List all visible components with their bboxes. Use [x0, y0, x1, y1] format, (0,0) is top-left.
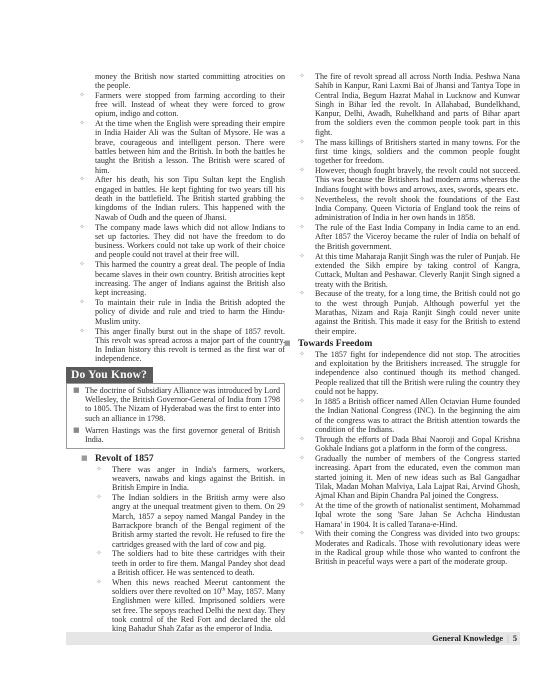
do-you-know-title: Do You Know?	[66, 367, 153, 383]
diamond-bullet-icon: ✧	[299, 529, 305, 538]
fact-text: The doctrine of Subsidiary Alliance was …	[85, 386, 280, 423]
fact-item: ■Warren Hastings was the first governor …	[71, 426, 280, 445]
list-item: ✧The rule of the East India Company in I…	[298, 223, 520, 251]
diamond-bullet-icon: ✧	[96, 578, 102, 587]
list-item-text: There was anger in India's farmers, work…	[112, 465, 285, 493]
diamond-bullet-icon: ✧	[79, 327, 85, 336]
list-item: ✧Farmers were stopped from farming accor…	[78, 91, 285, 119]
diamond-bullet-icon: ✧	[299, 72, 305, 81]
square-bullet-icon: ■	[284, 338, 291, 349]
diamond-bullet-icon: ✧	[79, 175, 85, 184]
square-bullet-icon: ■	[73, 426, 80, 435]
freedom-list: ✧The 1857 fight for independence did not…	[298, 350, 520, 567]
list-item: ✧This harmed the country a great deal. T…	[78, 260, 285, 297]
diamond-bullet-icon: ✧	[79, 119, 85, 128]
diamond-bullet-icon: ✧	[96, 549, 102, 558]
list-item-text: The Indian soldiers in the British army …	[112, 493, 285, 548]
list-item-text: The 1857 fight for independence did not …	[315, 350, 520, 396]
list-item-text: The fire of revolt spread all across Nor…	[315, 72, 520, 137]
list-item-text: To maintain their rule in India the Brit…	[95, 298, 285, 326]
list-item: ✧To maintain their rule in India the Bri…	[78, 298, 285, 326]
continuation-text: money the British now started committing…	[78, 72, 285, 91]
diamond-bullet-icon: ✧	[299, 397, 305, 406]
page-footer: General Knowledge|5	[66, 632, 520, 645]
list-item-text: Because of the treaty, for a long time, …	[315, 289, 520, 335]
fact-text: Warren Hastings was the first governor g…	[85, 426, 280, 444]
diamond-bullet-icon: ✧	[79, 91, 85, 100]
list-item-text: At this time Maharaja Ranjit Singh was t…	[315, 252, 520, 289]
diamond-bullet-icon: ✧	[299, 252, 305, 261]
diamond-bullet-icon: ✧	[299, 501, 305, 510]
list-item: ✧However, though fought bravely, the rev…	[298, 166, 520, 194]
list-item: ✧When this news reached Meerut cantonmen…	[95, 578, 285, 634]
square-bullet-icon: ■	[73, 386, 80, 395]
list-item-text: The mass killings of Britishers started …	[315, 138, 520, 166]
list-item-text: This harmed the country a great deal. Th…	[95, 260, 285, 297]
list-item: ✧The Indian soldiers in the British army…	[95, 493, 285, 549]
diamond-bullet-icon: ✧	[299, 350, 305, 359]
diamond-bullet-icon: ✧	[96, 493, 102, 502]
list-item: ✧Gradually the number of members of the …	[298, 454, 520, 500]
list-item: ✧With their coming the Congress was divi…	[298, 529, 520, 566]
fact-item: ■The doctrine of Subsidiary Alliance was…	[71, 386, 280, 423]
list-item: ✧The company made laws which did not all…	[78, 223, 285, 260]
diamond-bullet-icon: ✧	[96, 465, 102, 474]
list-item-text: With their coming the Congress was divid…	[315, 529, 520, 566]
book-title: General Knowledge	[432, 634, 503, 643]
list-item: ✧Nevertheless, the revolt shook the foun…	[298, 195, 520, 223]
footer-separator: |	[507, 634, 509, 643]
square-bullet-icon: ■	[81, 453, 88, 464]
list-item: ✧At the time of the growth of nationalis…	[298, 501, 520, 529]
diamond-bullet-icon: ✧	[299, 435, 305, 444]
list-item-text: Gradually the number of members of the C…	[315, 454, 520, 500]
list-item-text: After his death, his son Tipu Sultan kep…	[95, 175, 285, 221]
diamond-bullet-icon: ✧	[299, 454, 305, 463]
list-item: ✧There was anger in India's farmers, wor…	[95, 465, 285, 493]
list-item-text: In 1885 a British officer named Allen Oc…	[315, 397, 520, 434]
list-item-text: Through the efforts of Dada Bhai Naoroji…	[315, 435, 520, 453]
list-item-text: Nevertheless, the revolt shook the found…	[315, 195, 520, 223]
list-item: ✧This anger finally burst out in the sha…	[78, 327, 285, 364]
revolt-list: ✧There was anger in India's farmers, wor…	[78, 465, 285, 634]
list-item: ✧The soldiers had to bite these cartridg…	[95, 549, 285, 577]
diamond-bullet-icon: ✧	[79, 298, 85, 307]
list-item-text: The rule of the East India Company in In…	[315, 223, 520, 251]
list-item-text: This anger finally burst out in the shap…	[95, 327, 285, 364]
list-item: ✧In 1885 a British officer named Allen O…	[298, 397, 520, 434]
diamond-bullet-icon: ✧	[299, 289, 305, 298]
diamond-bullet-icon: ✧	[299, 223, 305, 232]
section-heading-freedom: ■Towards Freedom	[281, 338, 520, 349]
list-item-text: Farmers were stopped from farming accord…	[95, 91, 285, 119]
list-item: ✧At the time when the English were sprea…	[78, 119, 285, 175]
list-item: ✧The 1857 fight for independence did not…	[298, 350, 520, 396]
section-heading-text: Towards Freedom	[298, 338, 372, 349]
list-item-text: However, though fought bravely, the revo…	[315, 166, 520, 194]
list-item: ✧After his death, his son Tipu Sultan ke…	[78, 175, 285, 221]
list-item-text: The soldiers had to bite these cartridge…	[112, 549, 285, 577]
list-item-text: At the time when the English were spread…	[95, 119, 285, 174]
do-you-know-box: Do You Know? ■The doctrine of Subsidiary…	[66, 367, 285, 449]
section-heading-text: Revolt of 1857	[95, 453, 154, 464]
list-item: ✧Because of the treaty, for a long time,…	[298, 289, 520, 335]
list-item: ✧At this time Maharaja Ranjit Singh was …	[298, 252, 520, 289]
list-item-text: The company made laws which did not allo…	[95, 223, 285, 260]
list-item-text: At the time of the growth of nationalist…	[315, 501, 520, 529]
diamond-bullet-icon: ✧	[79, 260, 85, 269]
section-heading-revolt: ■Revolt of 1857	[78, 453, 285, 464]
diamond-bullet-icon: ✧	[79, 223, 85, 232]
list-item: ✧Through the efforts of Dada Bhai Naoroj…	[298, 435, 520, 454]
list-item: ✧The fire of revolt spread all across No…	[298, 72, 520, 137]
diamond-bullet-icon: ✧	[299, 138, 305, 147]
left-column: money the British now started committing…	[78, 72, 285, 634]
diamond-bullet-icon: ✧	[299, 195, 305, 204]
diamond-bullet-icon: ✧	[299, 166, 305, 175]
list-item: ✧The mass killings of Britishers started…	[298, 138, 520, 166]
right-column: ✧The fire of revolt spread all across No…	[298, 72, 520, 567]
page-number: 5	[513, 634, 517, 643]
do-you-know-content: ■The doctrine of Subsidiary Alliance was…	[66, 383, 285, 449]
